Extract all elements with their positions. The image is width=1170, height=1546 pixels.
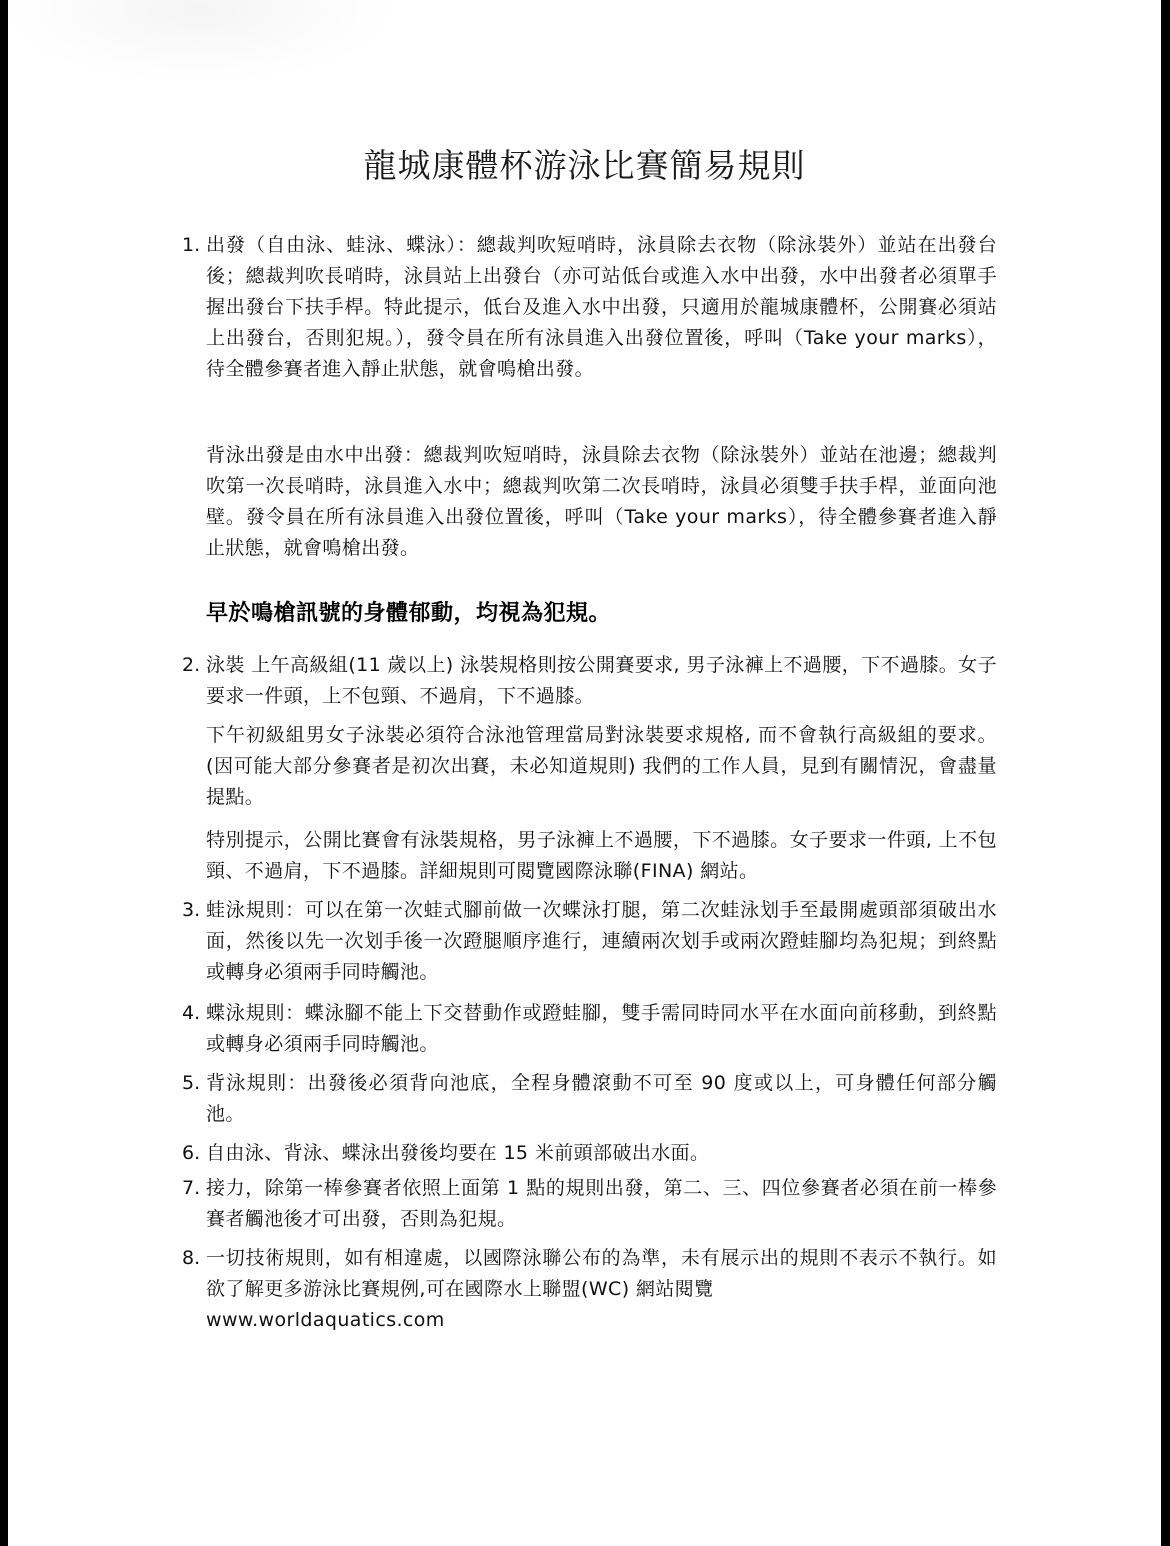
- scan-shadow: [8, 0, 388, 80]
- rule-text: 接力，除第一棒參賽者依照上面第 1 點的規則出發，第二、三、四位參賽者必須在前一…: [206, 1173, 997, 1235]
- rule-item-1: 1. 出發（自由泳、蛙泳、蝶泳）：總裁判吹短哨時，泳員除去衣物（除泳裝外）並站在…: [182, 230, 997, 385]
- rule-text: 一切技術規則，如有相違處，以國際泳聯公布的為準，未有展示出的規則不表示不執行。如…: [206, 1247, 997, 1300]
- rule-number: 5.: [182, 1068, 200, 1099]
- rule-text: 蛙泳規則：可以在第一次蛙式腳前做一次蝶泳打腿，第二次蛙泳划手至最開處頭部須破出水…: [206, 895, 997, 988]
- rule-1-backstroke-paragraph: 背泳出發是由水中出發：總裁判吹短哨時，泳員除去衣物（除泳裝外）並站在池邊；總裁判…: [206, 440, 997, 564]
- rule-text: 背泳規則：出發後必須背向池底，全程身體滾動不可至 90 度或以上，可身體任何部分…: [206, 1068, 997, 1130]
- rule-number: 3.: [182, 895, 200, 926]
- rule-item-4: 4. 蝶泳規則：蝶泳腳不能上下交替動作或蹬蛙腳，雙手需同時同水平在水面向前移動，…: [182, 998, 997, 1060]
- rule-item-2: 2. 泳裝 上午高級組(11 歲以上) 泳裝規格則按公開賽要求, 男子泳褲上不過…: [182, 650, 997, 712]
- rule-item-8: 8. 一切技術規則，如有相違處，以國際泳聯公布的為準，未有展示出的規則不表示不執…: [182, 1243, 997, 1336]
- rule-item-3: 3. 蛙泳規則：可以在第一次蛙式腳前做一次蝶泳打腿，第二次蛙泳划手至最開處頭部須…: [182, 895, 997, 988]
- rule-number: 8.: [182, 1243, 200, 1274]
- rule-item-6: 6. 自由泳、背泳、蝶泳出發後均要在 15 米前頭部破出水面。: [182, 1138, 997, 1169]
- rule-number: 1.: [182, 230, 200, 261]
- rule-number: 4.: [182, 998, 200, 1029]
- rule-item-5: 5. 背泳規則：出發後必須背向池底，全程身體滾動不可至 90 度或以上，可身體任…: [182, 1068, 997, 1130]
- document-title: 龍城康體杯游泳比賽簡易規則: [8, 140, 1161, 187]
- rule-text-block: 一切技術規則，如有相違處，以國際泳聯公布的為準，未有展示出的規則不表示不執行。如…: [206, 1243, 997, 1336]
- rule-2-junior-paragraph: 下午初級組男女子泳裝必須符合泳池管理當局對泳裝要求規格, 而不會執行高級組的要求…: [206, 720, 997, 813]
- rule-item-7: 7. 接力，除第一棒參賽者依照上面第 1 點的規則出發，第二、三、四位參賽者必須…: [182, 1173, 997, 1235]
- rule-number: 6.: [182, 1138, 200, 1169]
- false-start-warning: 早於鳴槍訊號的身體郁動，均視為犯規。: [206, 596, 611, 627]
- rule-text: 蝶泳規則：蝶泳腳不能上下交替動作或蹬蛙腳，雙手需同時同水平在水面向前移動，到終點…: [206, 998, 997, 1060]
- rule-2-open-paragraph: 特別提示，公開比賽會有泳裝規格，男子泳褲上不過腰，下不過膝。女子要求一件頭, 上…: [206, 825, 997, 887]
- rule-text: 泳裝 上午高級組(11 歲以上) 泳裝規格則按公開賽要求, 男子泳褲上不過腰，下…: [206, 650, 997, 712]
- document-page: 龍城康體杯游泳比賽簡易規則 1. 出發（自由泳、蛙泳、蝶泳）：總裁判吹短哨時，泳…: [8, 0, 1161, 1546]
- rule-number: 7.: [182, 1173, 200, 1204]
- rule-number: 2.: [182, 650, 200, 681]
- rule-text: 出發（自由泳、蛙泳、蝶泳）：總裁判吹短哨時，泳員除去衣物（除泳裝外）並站在出發台…: [206, 230, 997, 385]
- world-aquatics-link[interactable]: www.worldaquatics.com: [206, 1305, 997, 1336]
- rule-text: 自由泳、背泳、蝶泳出發後均要在 15 米前頭部破出水面。: [206, 1138, 997, 1169]
